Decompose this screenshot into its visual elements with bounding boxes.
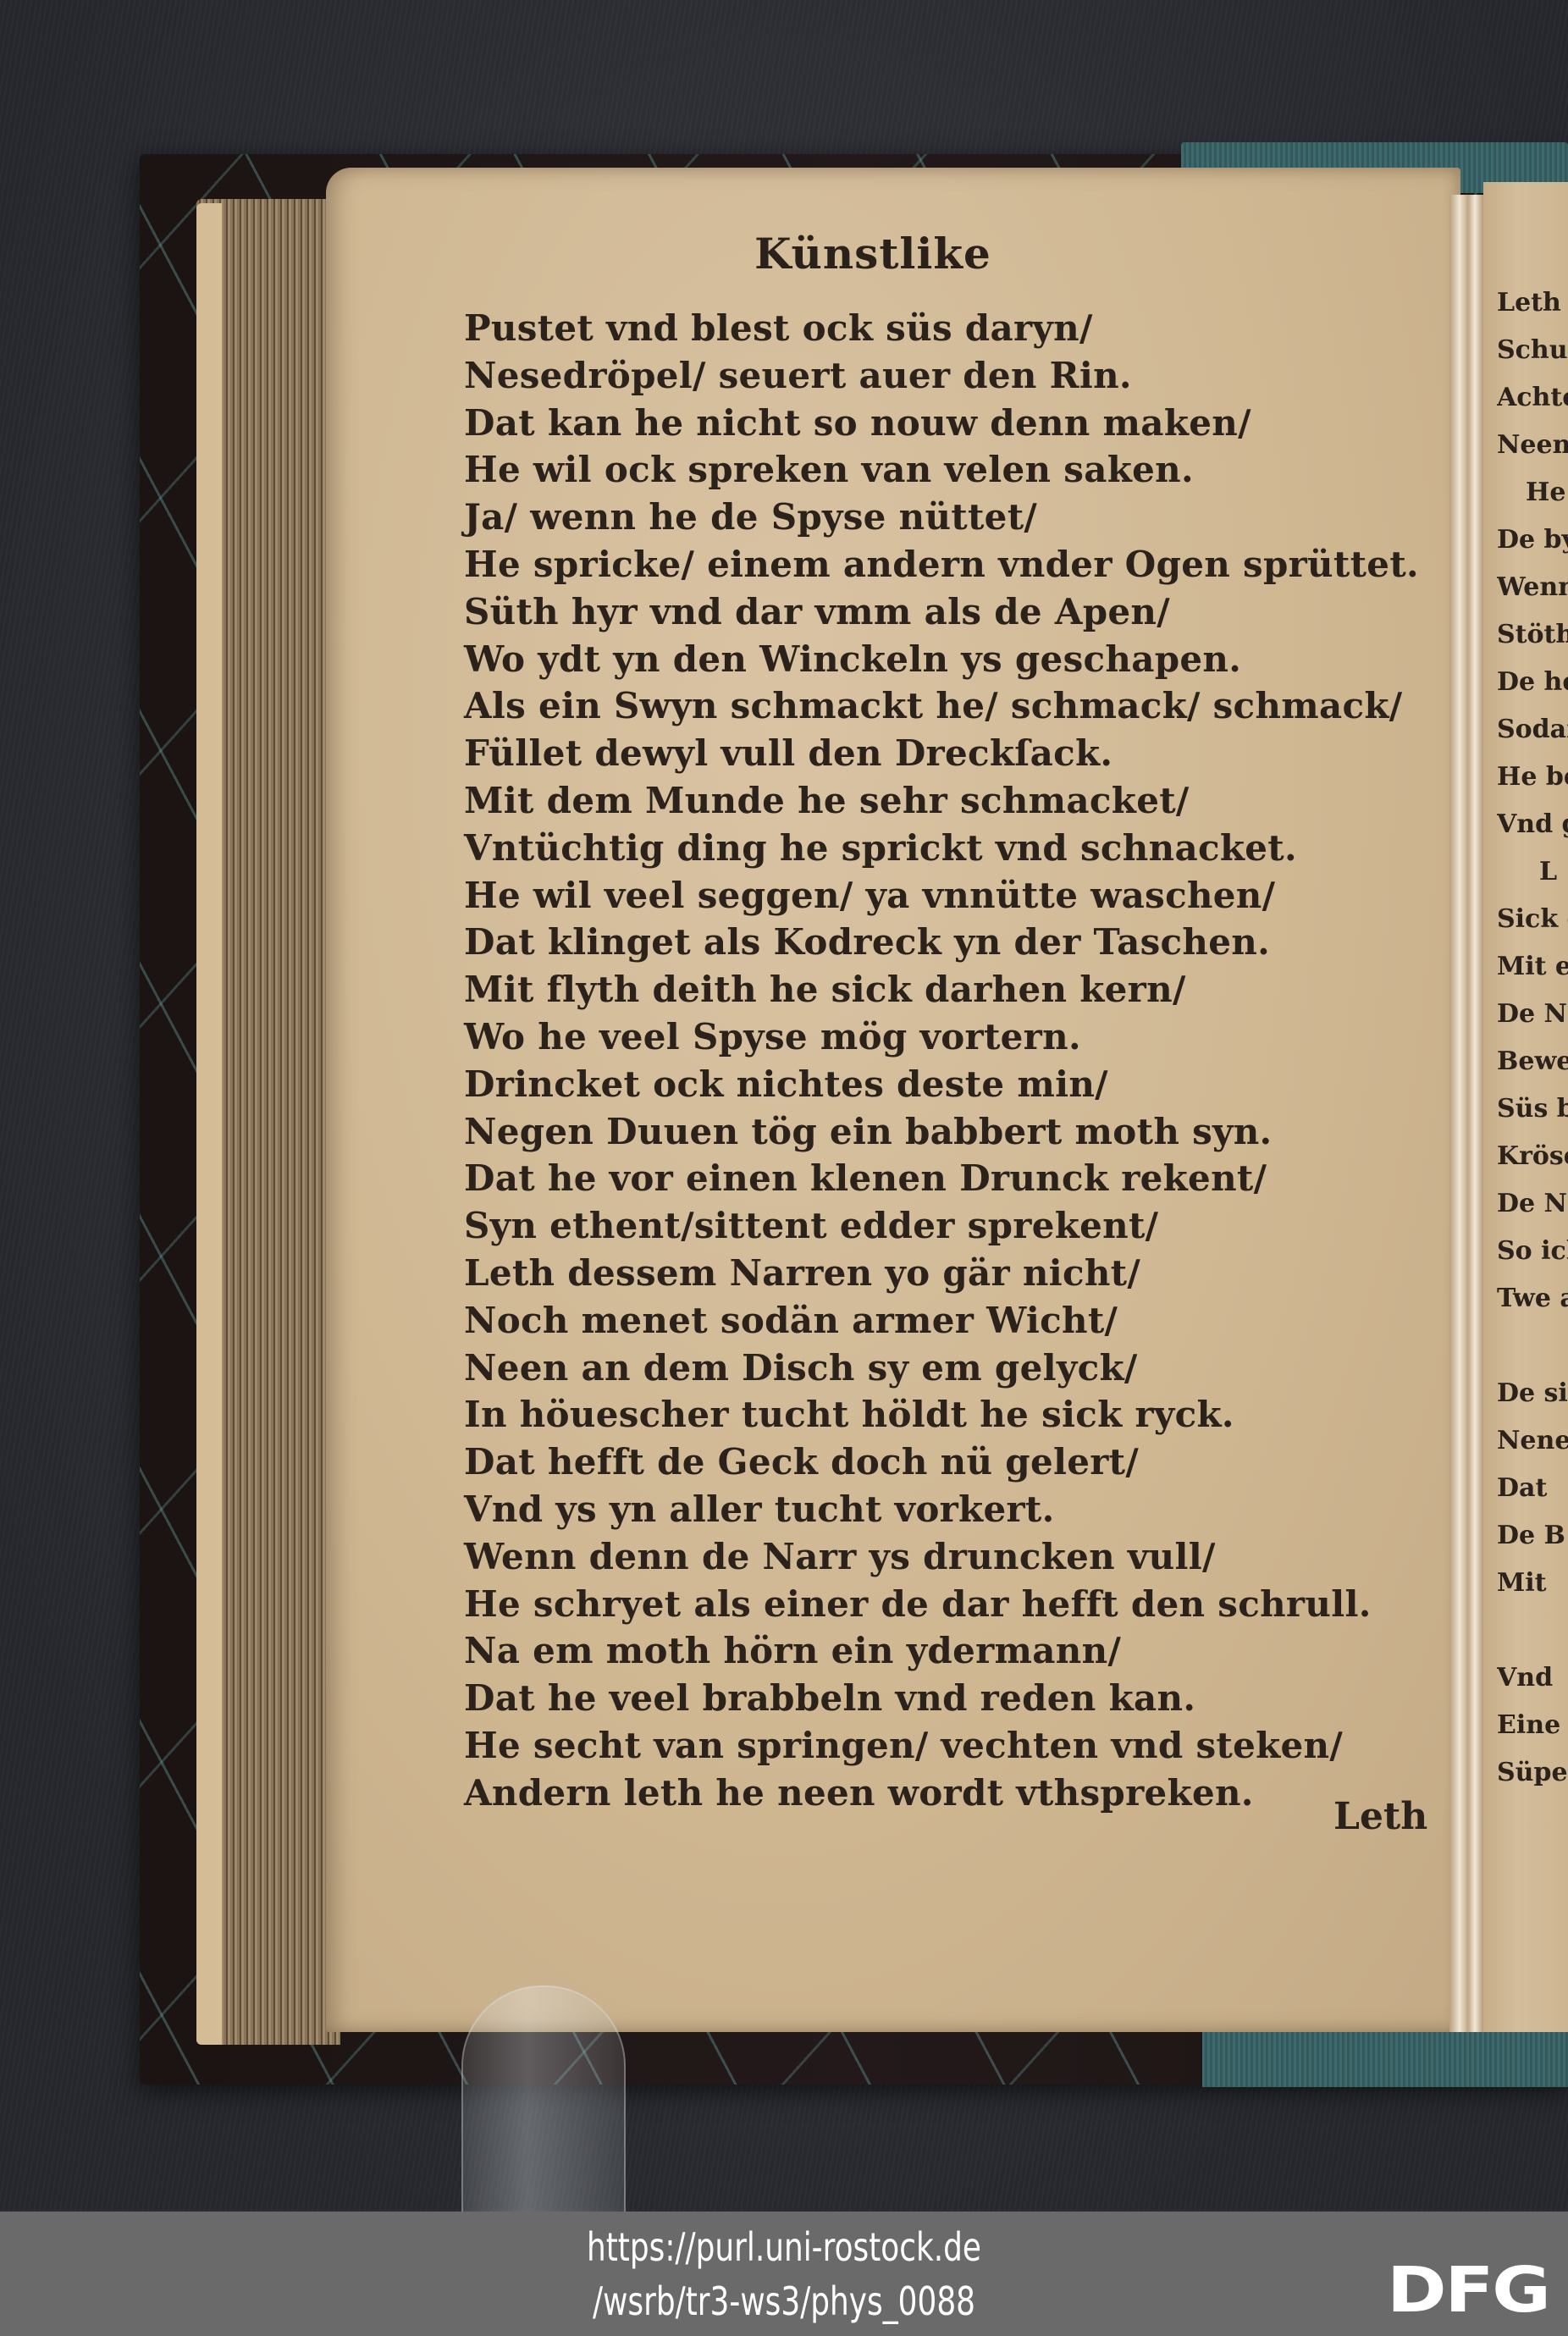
facing-line: Leth W <box>1497 279 1568 327</box>
verse-line: Mit flyth deith he sick darhen kern/ <box>464 966 1419 1013</box>
facing-line: Süpe <box>1497 1749 1568 1797</box>
verse-line: Wo he veel Spyse mög vortern. <box>464 1013 1419 1061</box>
verse-line: In höuescher tucht höldt he sick ryck. <box>464 1391 1419 1439</box>
verse-line: Dat he vor einen klenen Drunck rekent/ <box>464 1155 1419 1202</box>
verse-line: Drincket ock nichtes deste min/ <box>464 1061 1419 1108</box>
verse-line: Als ein Swyn schmackt he/ schmack/ schma… <box>464 682 1419 730</box>
verse-line: Leth dessem Narren yo gär nicht/ <box>464 1250 1419 1297</box>
facing-line: Süs b <box>1497 1085 1568 1133</box>
verse-line: Dat he veel brabbeln vnd reden kan. <box>464 1675 1419 1722</box>
verse-line: Dat hefft de Geck doch nü gelert/ <box>464 1439 1419 1486</box>
facing-line: Vnd <box>1497 1654 1568 1702</box>
facing-line: Dat <box>1497 1465 1568 1512</box>
permalink-line-1[interactable]: https://purl.uni-rostock.de <box>173 2220 1396 2274</box>
facing-line: Stöth h <box>1497 611 1568 659</box>
facing-line <box>1497 1607 1568 1654</box>
verse-line: Na em moth hörn ein ydermann/ <box>464 1627 1419 1675</box>
facing-line: Sodan <box>1497 706 1568 754</box>
verse-line: Vnd ys yn aller tucht vorkert. <box>464 1486 1419 1533</box>
catchword: Leth <box>1333 1795 1427 1838</box>
verse-line: Mit dem Munde he sehr schmacket/ <box>464 777 1419 825</box>
facing-line: Neen ar <box>1497 422 1568 469</box>
verse-line: Noch menet sodän armer Wicht/ <box>464 1297 1419 1345</box>
facing-line: He beta <box>1497 754 1568 801</box>
verse-line: Dat klinget als Kodreck yn der Taschen. <box>464 919 1419 966</box>
permalink-line-2[interactable]: /wsrb/tr3-ws3/phys_0088 <box>173 2274 1396 2328</box>
verse-line: Dat kan he nicht so nouw denn maken/ <box>464 400 1419 447</box>
facing-line: De si <box>1497 1370 1568 1417</box>
verse-line: Pustet vnd blest ock süs daryn/ <box>464 305 1419 352</box>
facing-line: Vnd ge <box>1497 801 1568 848</box>
plastic-page-holder <box>461 1985 626 2213</box>
verse-line: Neen an dem Disch sy em gelyck/ <box>464 1345 1419 1392</box>
facing-line: Mit <box>1497 1560 1568 1607</box>
facing-line: Wenn h <box>1497 564 1568 611</box>
facing-line: Kröse <box>1497 1133 1568 1180</box>
verse-line: He schryet als einer de dar hefft den sc… <box>464 1581 1419 1628</box>
verse-line: Nesedröpel/ seuert auer den Rin. <box>464 352 1419 400</box>
facing-line: Schuck <box>1497 327 1568 374</box>
verse-line: Ja/ wenn he de Spyse nüttet/ <box>464 494 1419 541</box>
facing-line: De by d <box>1497 516 1568 564</box>
facing-line: Nene <box>1497 1417 1568 1465</box>
running-head: Künstlike <box>0 229 1568 279</box>
verse-line: Süth hyr vnd dar vmm als de Apen/ <box>464 588 1419 636</box>
facing-line: De B <box>1497 1512 1568 1560</box>
facing-line: He <box>1497 469 1568 516</box>
verse-line: Füllet dewyl vull den Dreckſack. <box>464 730 1419 777</box>
spine-cloth-bottom <box>1202 2028 1568 2087</box>
facing-line: L <box>1497 848 1568 896</box>
dfg-logo: DFG <box>1387 2254 1549 2327</box>
verse-line: Andern leth he neen wordt vthspreken. <box>464 1770 1419 1817</box>
verse-line: He spricke/ einem andern vnder Ogen sprü… <box>464 541 1419 588</box>
permalink: https://purl.uni-rostock.de /wsrb/tr3-ws… <box>173 2220 1396 2328</box>
verse-line: He secht van springen/ vechten vnd steke… <box>464 1722 1419 1770</box>
verse-line: He wil veel seggen/ ya vnnütte waschen/ <box>464 872 1419 919</box>
facing-line: Achterr <box>1497 374 1568 422</box>
footer-bar: https://purl.uni-rostock.de /wsrb/tr3-ws… <box>0 2212 1568 2336</box>
facing-line: Sick de <box>1497 896 1568 943</box>
verse-line: Negen Duuen tög ein babbert moth syn. <box>464 1108 1419 1156</box>
facing-line: Eine <box>1497 1702 1568 1749</box>
facing-line <box>1497 1323 1568 1370</box>
facing-line: So ick <box>1497 1228 1568 1275</box>
facing-line: Twe a <box>1497 1275 1568 1323</box>
facing-line: Bewe <box>1497 1038 1568 1085</box>
book-gutter <box>1449 195 1483 2032</box>
facing-page-text: Leth W Schuck Achterr Neen ar He De by d… <box>1497 279 1568 1797</box>
facing-line: De he s <box>1497 659 1568 706</box>
page-block-outer-leaf <box>196 203 222 2045</box>
facing-line: De Na <box>1497 991 1568 1038</box>
verse-line: Vntüchtig ding he sprickt vnd schnacket. <box>464 825 1419 872</box>
verse-line: Syn ethent/sittent edder sprekent/ <box>464 1202 1419 1250</box>
verse-line: Wo ydt yn den Winckeln ys geschapen. <box>464 636 1419 683</box>
verse-line: Wenn denn de Narr ys druncken vull/ <box>464 1533 1419 1581</box>
facing-line: Mit ei <box>1497 943 1568 991</box>
facing-line: De Na <box>1497 1180 1568 1228</box>
verse-line: He wil ock spreken van velen saken. <box>464 446 1419 494</box>
verse-text: Pustet vnd blest ock süs daryn/ Nesedröp… <box>464 305 1419 1817</box>
